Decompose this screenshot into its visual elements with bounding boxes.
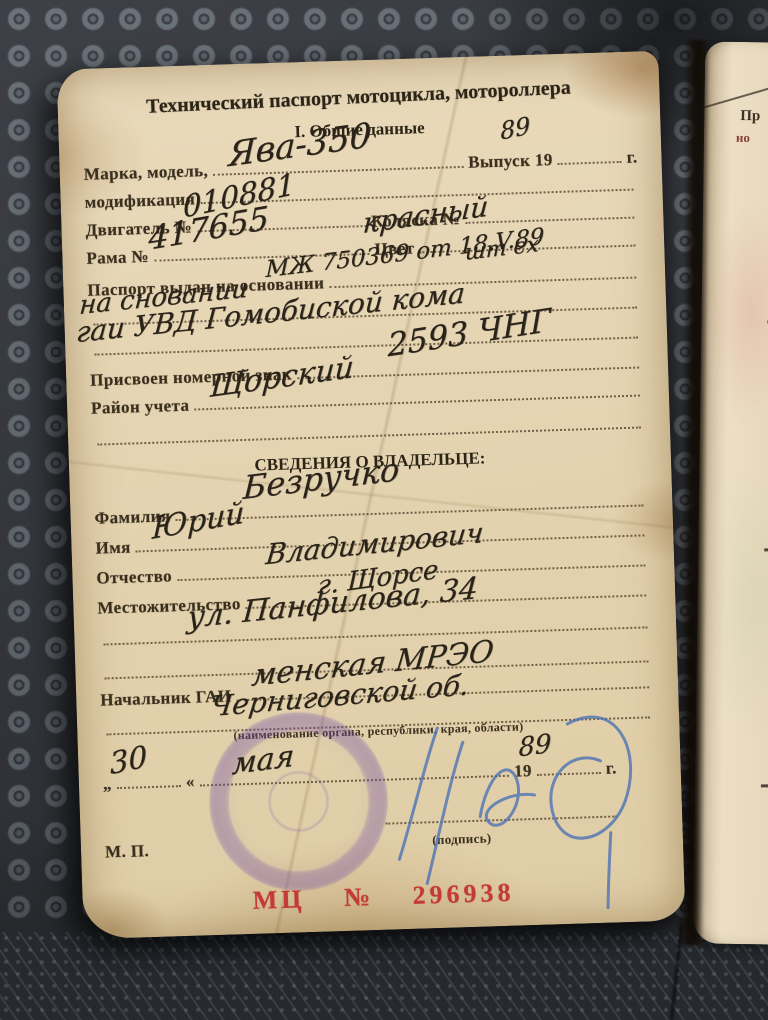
mp-label: М. П. [105, 841, 150, 862]
serial-number-sign: № [343, 882, 374, 912]
year-label: Выпуск 19 [468, 150, 553, 173]
passport-document: Технический паспорт мотоцикла, моторолле… [56, 51, 685, 939]
dotted-line-end [761, 784, 768, 787]
next-page-text-fragment: но [736, 130, 750, 146]
dotted-line [103, 613, 647, 645]
dotted-line-end [764, 548, 768, 551]
serial-prefix: МЦ [252, 884, 306, 915]
seat-cushion-fabric [0, 932, 768, 1020]
dotted-line [465, 204, 635, 224]
first-name-label: Имя [95, 538, 131, 559]
frame-label: Рама № [86, 247, 149, 269]
car-seat-background: Пр но Технический паспорт мотоцикла, мот… [0, 0, 768, 1020]
row-blank [92, 413, 646, 445]
model-label: Марка, модель, [83, 161, 208, 185]
dotted-line [97, 413, 641, 445]
handwritten-day: 30 [109, 742, 148, 780]
next-page-text-fragment: Пр [740, 108, 760, 125]
close-quote: « [186, 772, 196, 792]
patronymic-label: Отчество [96, 566, 172, 588]
year-suffix: г. [626, 147, 637, 167]
modification-label: модификация [84, 189, 195, 212]
dotted-line [557, 148, 621, 165]
district-label: Район учета [91, 396, 190, 419]
signature-ink [366, 691, 673, 920]
handwritten-year: 89 [499, 113, 531, 143]
row-blank [98, 613, 652, 645]
handwritten-month: мая [231, 741, 295, 780]
